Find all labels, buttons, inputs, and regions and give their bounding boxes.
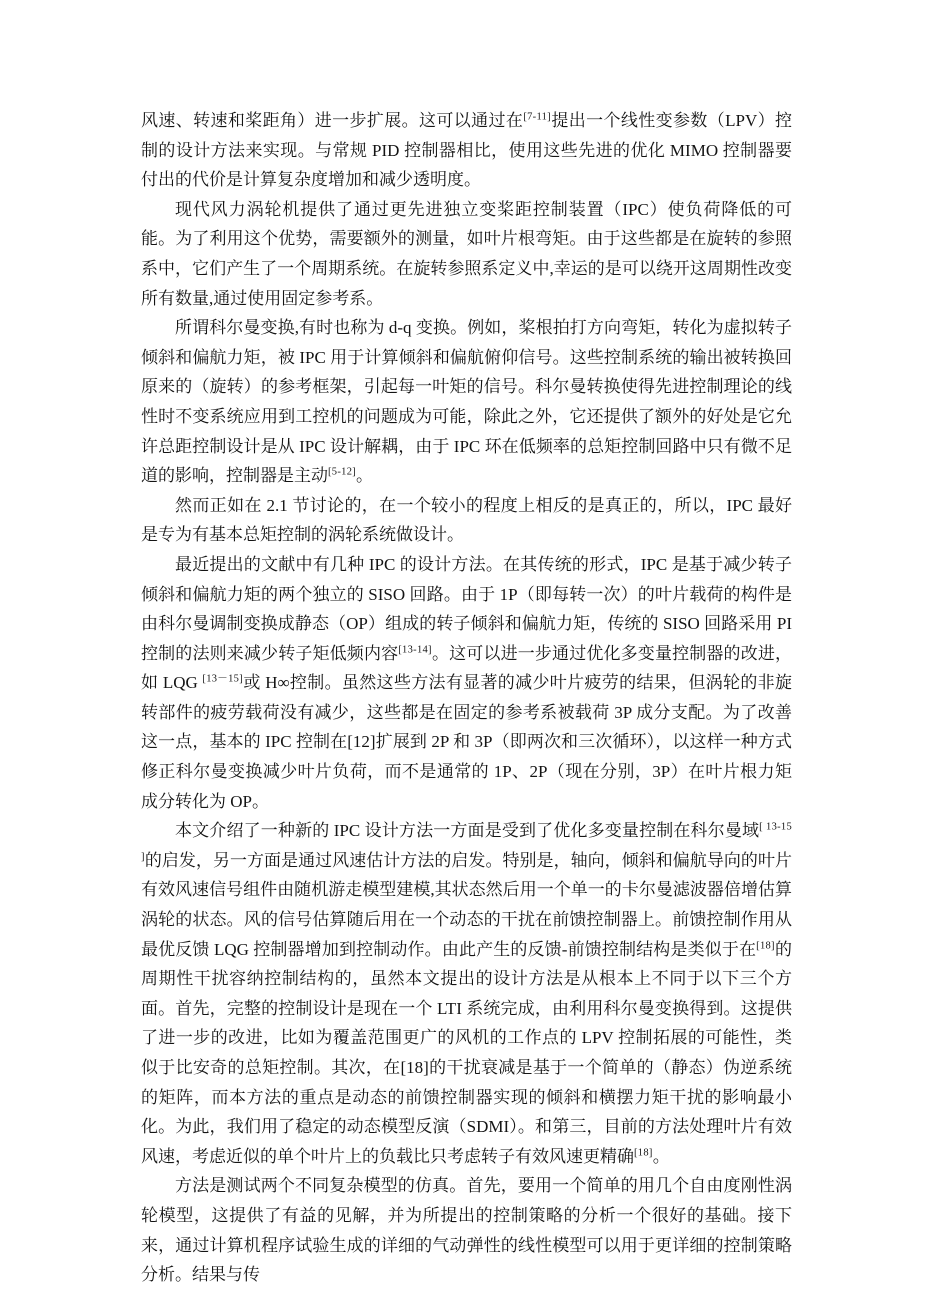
- paragraph: 然而正如在 2.1 节讨论的，在一个较小的程度上相反的是真正的，所以，IPC 最…: [141, 491, 792, 550]
- text-container: 风速、转速和桨距角）进一步扩展。这可以通过在[7-11]提出一个线性变参数（LP…: [141, 106, 792, 1290]
- text-run: 的周期性干扰容纳控制结构的，虽然本文提出的设计方法是从根本上不同于以下三个方面。…: [141, 940, 792, 1166]
- citation-superscript: [13－15]: [202, 674, 243, 685]
- citation-superscript: [5-12]: [328, 466, 356, 477]
- paragraph: 风速、转速和桨距角）进一步扩展。这可以通过在[7-11]提出一个线性变参数（LP…: [141, 106, 792, 195]
- paragraph: 现代风力涡轮机提供了通过更先进独立变桨距控制装置（IPC）使负荷降低的可能。为了…: [141, 195, 792, 313]
- text-run: 方法是测试两个不同复杂模型的仿真。首先，要用一个简单的用几个自由度刚性涡轮模型，…: [141, 1176, 792, 1284]
- text-run: 现代风力涡轮机提供了通过更先进独立变桨距控制装置（IPC）使负荷降低的可能。为了…: [141, 200, 792, 308]
- citation-superscript: [7-11]: [523, 111, 551, 122]
- text-run: 。: [356, 466, 373, 485]
- paragraph: 方法是测试两个不同复杂模型的仿真。首先，要用一个简单的用几个自由度刚性涡轮模型，…: [141, 1171, 792, 1289]
- text-run: 。: [653, 1147, 670, 1166]
- paragraph: 所谓科尔曼变换,有时也称为 d-q 变换。例如，桨根拍打方向弯矩，转化为虚拟转子…: [141, 313, 792, 491]
- text-run: 的启发，另一方面是通过风速估计方法的启发。特别是，轴向，倾斜和偏航导向的叶片有效…: [141, 851, 792, 959]
- paragraph: 最近提出的文献中有几种 IPC 的设计方法。在其传统的形式，IPC 是基于减少转…: [141, 550, 792, 816]
- document-page: 风速、转速和桨距角）进一步扩展。这可以通过在[7-11]提出一个线性变参数（LP…: [0, 0, 926, 1309]
- text-run: 风速、转速和桨距角）进一步扩展。这可以通过在: [141, 111, 523, 130]
- text-run: 所谓科尔曼变换,有时也称为 d-q 变换。例如，桨根拍打方向弯矩，转化为虚拟转子…: [141, 318, 792, 485]
- paragraph: 本文介绍了一种新的 IPC 设计方法一方面是受到了优化多变量控制在科尔曼域[ 1…: [141, 816, 792, 1171]
- citation-superscript: [13-14]: [398, 644, 432, 655]
- citation-superscript: [18]: [634, 1147, 653, 1158]
- text-run: 然而正如在 2.1 节讨论的，在一个较小的程度上相反的是真正的，所以，IPC 最…: [141, 496, 792, 545]
- citation-superscript: [18]: [756, 940, 775, 951]
- text-run: 本文介绍了一种新的 IPC 设计方法一方面是受到了优化多变量控制在科尔曼域: [175, 821, 759, 840]
- text-run: 或 H∞控制。虽然这些方法有显著的减少叶片疲劳的结果，但涡轮的非旋转部件的疲劳载…: [141, 673, 792, 810]
